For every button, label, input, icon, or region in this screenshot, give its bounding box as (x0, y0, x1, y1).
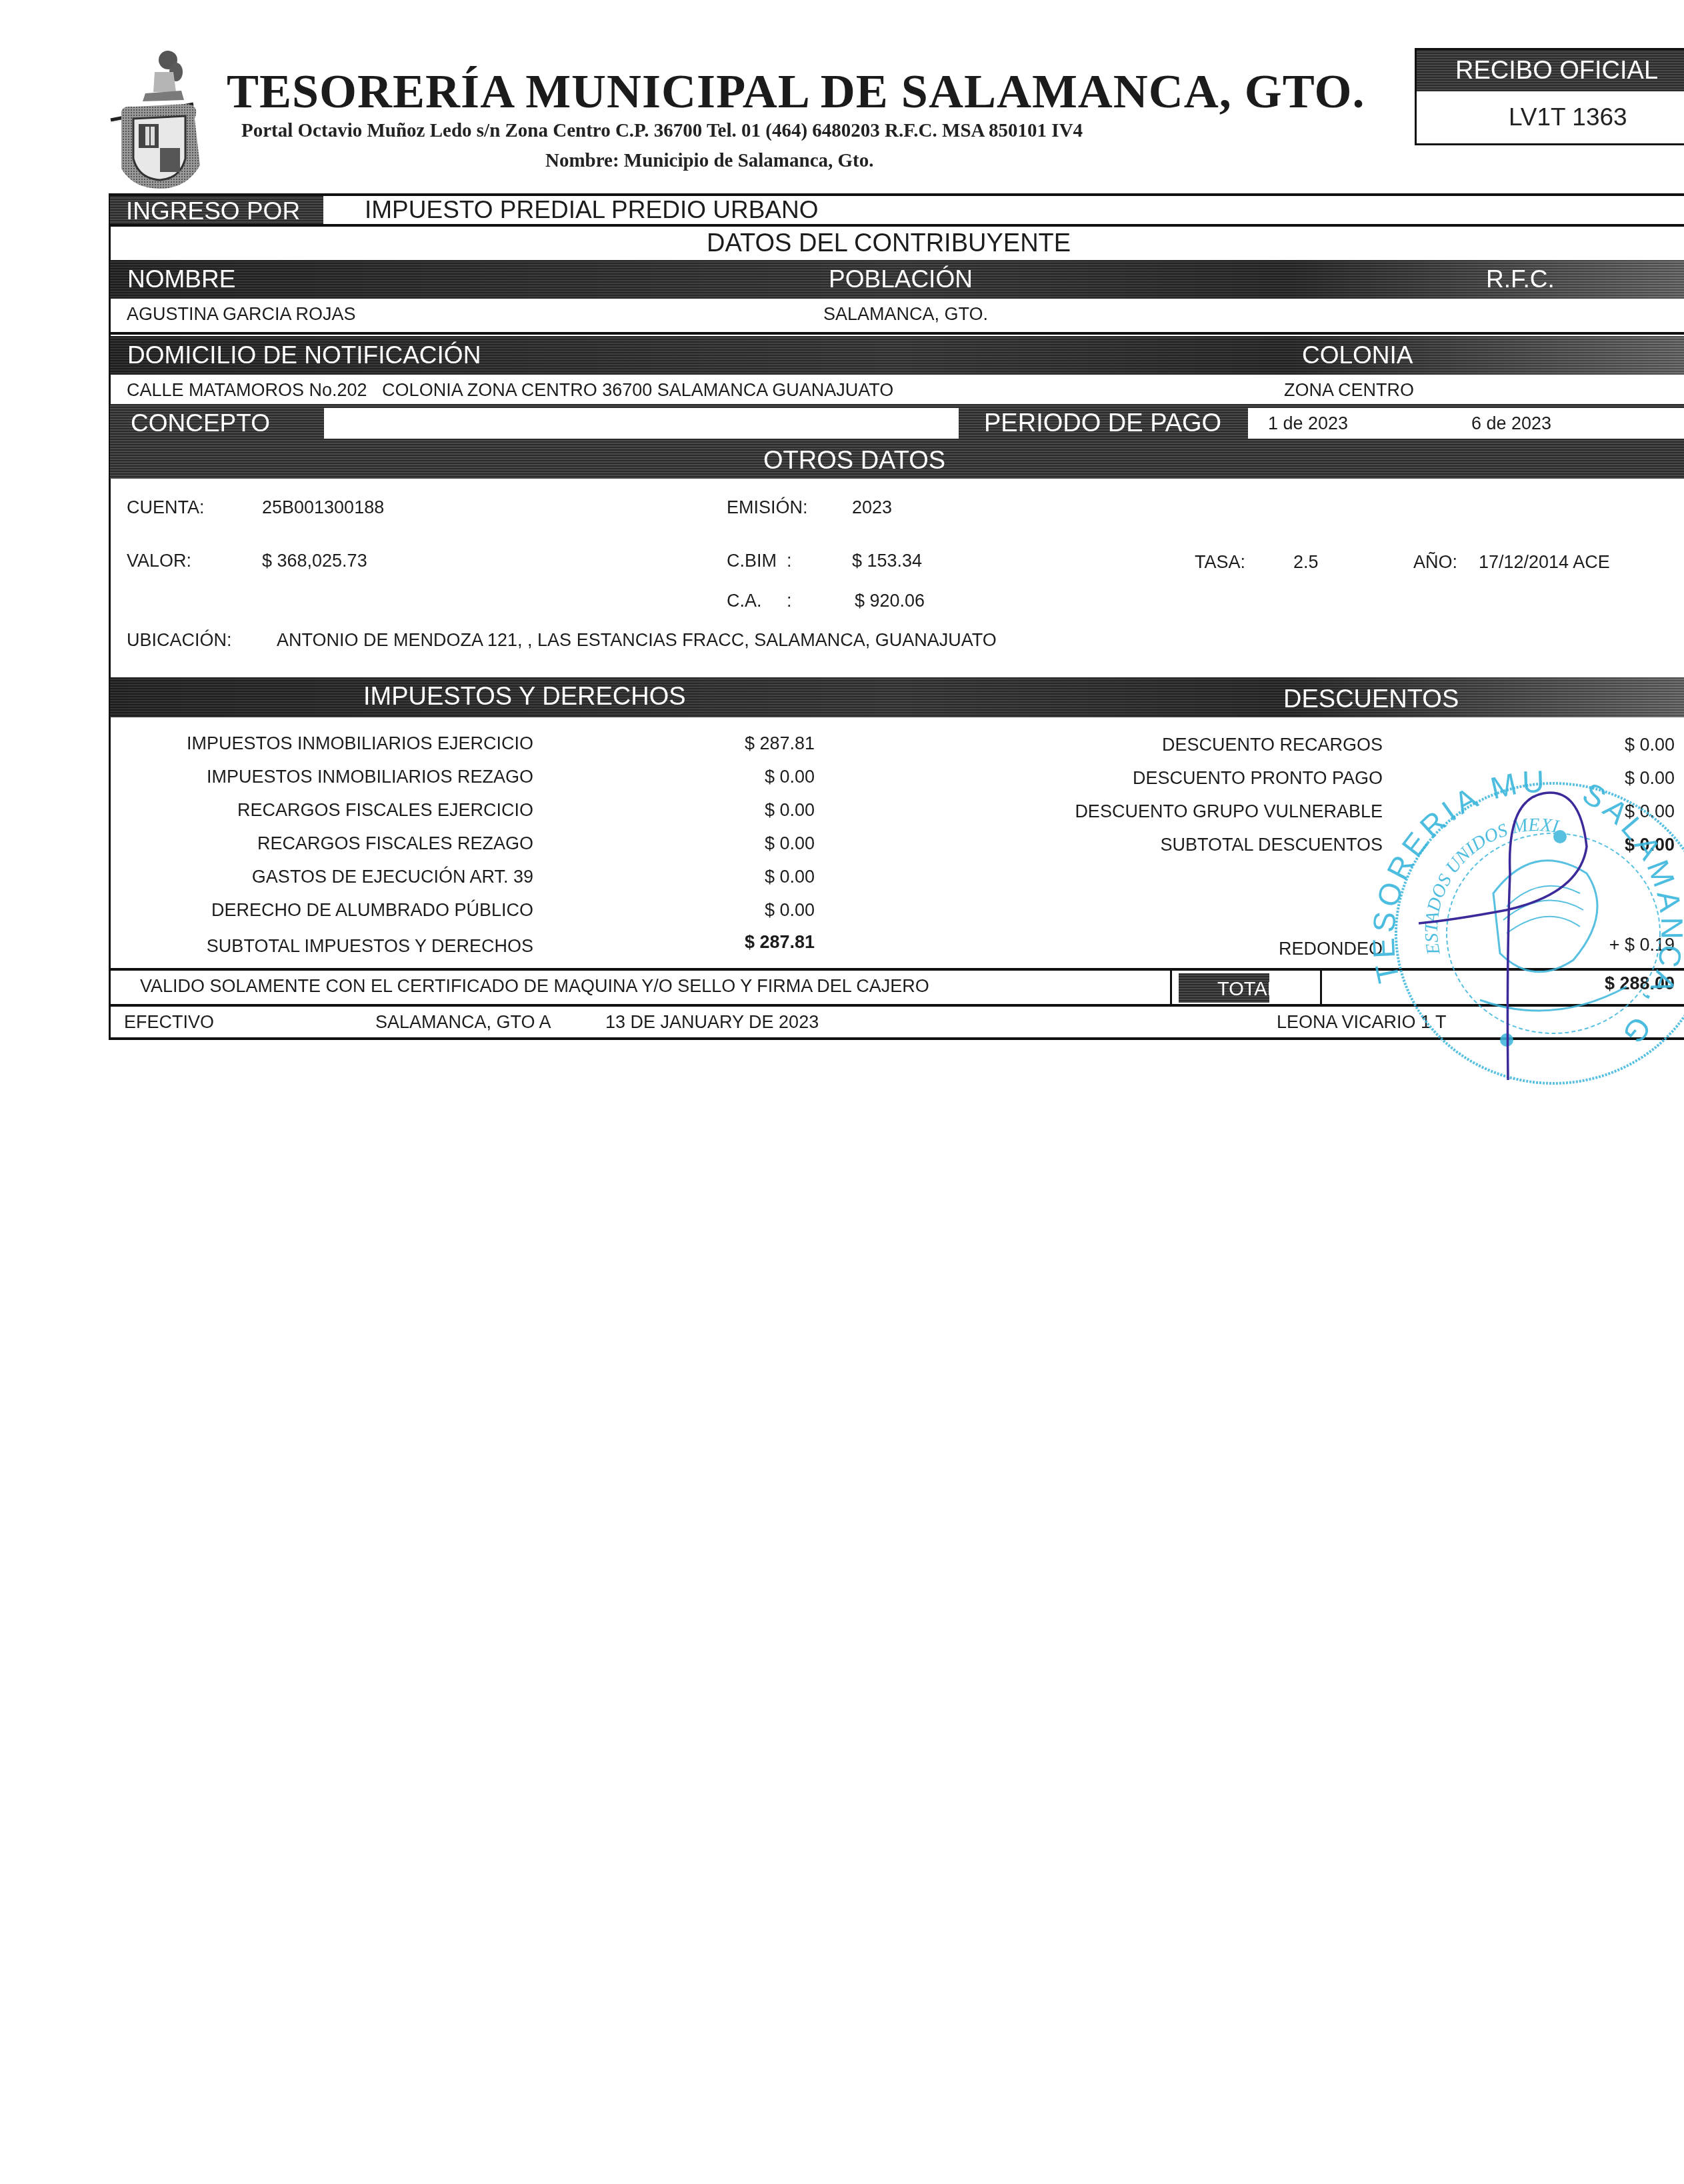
official-receipt-label-bar: RECIBO OFICIAL (1417, 50, 1684, 91)
tasa-value: 2.5 (1293, 552, 1319, 573)
impuesto-item-label: IMPUESTOS INMOBILIARIOS EJERCICIO (133, 733, 533, 754)
svg-text:ESTADOS UNIDOS MEXICANOS: ESTADOS UNIDOS MEXICANOS (1360, 760, 1561, 957)
otros-datos-title: OTROS DATOS (763, 447, 945, 475)
periodo-label: PERIODO DE PAGO (984, 409, 1221, 438)
impuestos-subtotal-value: $ 287.81 (667, 932, 815, 953)
poblacion-header: POBLACIÓN (829, 265, 973, 293)
contribuyente-nombre: AGUSTINA GARCIA ROJAS (127, 304, 356, 325)
official-receipt-box: RECIBO OFICIAL LV1T 1363 (1415, 48, 1684, 145)
cuenta-value: 25B001300188 (262, 497, 384, 518)
impuesto-item-label: DERECHO DE ALUMBRADO PÚBLICO (133, 900, 533, 921)
contribuyente-section-title: DATOS DEL CONTRIBUYENTE (707, 229, 1071, 258)
impuesto-item-amount: $ 287.81 (667, 733, 815, 754)
ubicacion-value: ANTONIO DE MENDOZA 121, , LAS ESTANCIAS … (277, 630, 997, 651)
descuentos-subtotal-label: SUBTOTAL DESCUENTOS (1000, 835, 1383, 855)
divider (109, 968, 1684, 971)
descuento-item-amount: $ 0.00 (1533, 768, 1675, 789)
municipal-coat-of-arms-icon (107, 45, 213, 192)
descuento-item-amount: $ 0.00 (1533, 735, 1675, 755)
impuesto-item-amount: $ 0.00 (667, 800, 815, 821)
ingreso-label: INGRESO POR (126, 197, 300, 225)
concepto-label: CONCEPTO (131, 409, 270, 437)
contribuyente-header-bar: NOMBRE POBLACIÓN R.F.C. (110, 260, 1684, 299)
payment-place: SALAMANCA, GTO A (375, 1012, 551, 1033)
impuestos-title: IMPUESTOS Y DERECHOS (363, 683, 686, 711)
impuesto-item-amount: $ 0.00 (667, 833, 815, 854)
descuentos-title: DESCUENTOS (1283, 685, 1459, 714)
impuesto-item-amount: $ 0.00 (667, 900, 815, 921)
divider (109, 332, 1684, 335)
anio-label: AÑO: (1413, 552, 1457, 573)
ca-value: $ 920.06 (855, 591, 925, 611)
official-receipt-label: RECIBO OFICIAL (1455, 57, 1658, 85)
total-value: $ 288.00 (1533, 973, 1675, 994)
concepto-value-box (324, 408, 959, 439)
total-label-cell: TOTAL (1179, 973, 1269, 1003)
impuestos-descuentos-header-bar: IMPUESTOS Y DERECHOS DESCUENTOS (110, 677, 1684, 717)
treasury-name-line: Nombre: Municipio de Salamanca, Gto. (545, 150, 873, 172)
receipt-number: LV1T 1363 (1509, 103, 1627, 131)
payment-date: 13 DE JANUARY DE 2023 (605, 1012, 819, 1033)
impuesto-item-label: GASTOS DE EJECUCIÓN ART. 39 (133, 867, 533, 887)
divider (109, 1004, 1684, 1007)
svg-text:TESORERIA MUNICIPAL: TESORERIA MUNICIPAL (1360, 760, 1549, 986)
coat-of-arms-logo (107, 45, 213, 192)
colonia-value: ZONA CENTRO (1284, 380, 1414, 401)
impuestos-subtotal-label: SUBTOTAL IMPUESTOS Y DERECHOS (133, 936, 533, 957)
descuentos-subtotal-value: $ 0.00 (1533, 835, 1675, 855)
anio-value: 17/12/2014 ACE (1479, 552, 1610, 573)
domicilio-header-bar: DOMICILIO DE NOTIFICACIÓN COLONIA (110, 336, 1684, 375)
impuesto-item-label: IMPUESTOS INMOBILIARIOS REZAGO (133, 767, 533, 787)
treasury-title: TESORERÍA MUNICIPAL DE SALAMANCA, GTO. (227, 64, 1365, 119)
domicilio-header: DOMICILIO DE NOTIFICACIÓN (127, 341, 481, 369)
emision-value: 2023 (852, 497, 892, 518)
colonia-header: COLONIA (1302, 341, 1413, 369)
ubicacion-label: UBICACIÓN: (127, 630, 232, 651)
descuento-item-label: DESCUENTO GRUPO VULNERABLE (933, 801, 1383, 822)
valor-value: $ 368,025.73 (262, 551, 367, 571)
domicilio-value: CALLE MATAMOROS No.202 COLONIA ZONA CENT… (127, 380, 893, 401)
impuesto-item-label: RECARGOS FISCALES REZAGO (133, 833, 533, 854)
descuento-item-label: DESCUENTO RECARGOS (933, 735, 1383, 755)
cbim-value: $ 153.34 (852, 551, 922, 571)
total-label: TOTAL (1217, 979, 1278, 1001)
redondeo-value: + $ 0.19 (1533, 935, 1675, 955)
redondeo-label: REDONDEO (1133, 939, 1383, 959)
periodo-to: 6 de 2023 (1471, 413, 1551, 434)
emision-label: EMISIÓN: (727, 497, 808, 518)
cashier: LEONA VICARIO 1 T (1277, 1012, 1447, 1033)
divider (109, 193, 1684, 196)
descuento-item-amount: $ 0.00 (1533, 801, 1675, 822)
otros-datos-bar: OTROS DATOS (110, 441, 1684, 479)
cuenta-label: CUENTA: (127, 497, 205, 518)
rfc-header: R.F.C. (1486, 265, 1555, 293)
ingreso-label-cell: INGRESO POR (110, 196, 323, 224)
periodo-value-box: 1 de 2023 6 de 2023 (1248, 408, 1684, 439)
treasury-address-line: Portal Octavio Muñoz Ledo s/n Zona Centr… (241, 120, 1083, 142)
contribuyente-poblacion: SALAMANCA, GTO. (823, 304, 988, 325)
ca-label: C.A. : (727, 591, 792, 611)
descuento-item-label: DESCUENTO PRONTO PAGO (933, 768, 1383, 789)
impuesto-item-label: RECARGOS FISCALES EJERCICIO (133, 800, 533, 821)
divider (1170, 968, 1172, 1005)
ingreso-value: IMPUESTO PREDIAL PREDIO URBANO (365, 196, 819, 224)
form-left-border (109, 195, 111, 1040)
payment-method: EFECTIVO (124, 1012, 214, 1033)
tasa-label: TASA: (1195, 552, 1245, 573)
impuesto-item-amount: $ 0.00 (667, 867, 815, 887)
divider (109, 1037, 1684, 1040)
divider (1320, 968, 1322, 1005)
periodo-from: 1 de 2023 (1268, 413, 1348, 434)
divider (109, 224, 1684, 227)
impuesto-item-amount: $ 0.00 (667, 767, 815, 787)
valor-label: VALOR: (127, 551, 191, 571)
cbim-label: C.BIM : (727, 551, 792, 571)
validity-note: VALIDO SOLAMENTE CON EL CERTIFICADO DE M… (140, 976, 929, 997)
nombre-header: NOMBRE (127, 265, 235, 293)
